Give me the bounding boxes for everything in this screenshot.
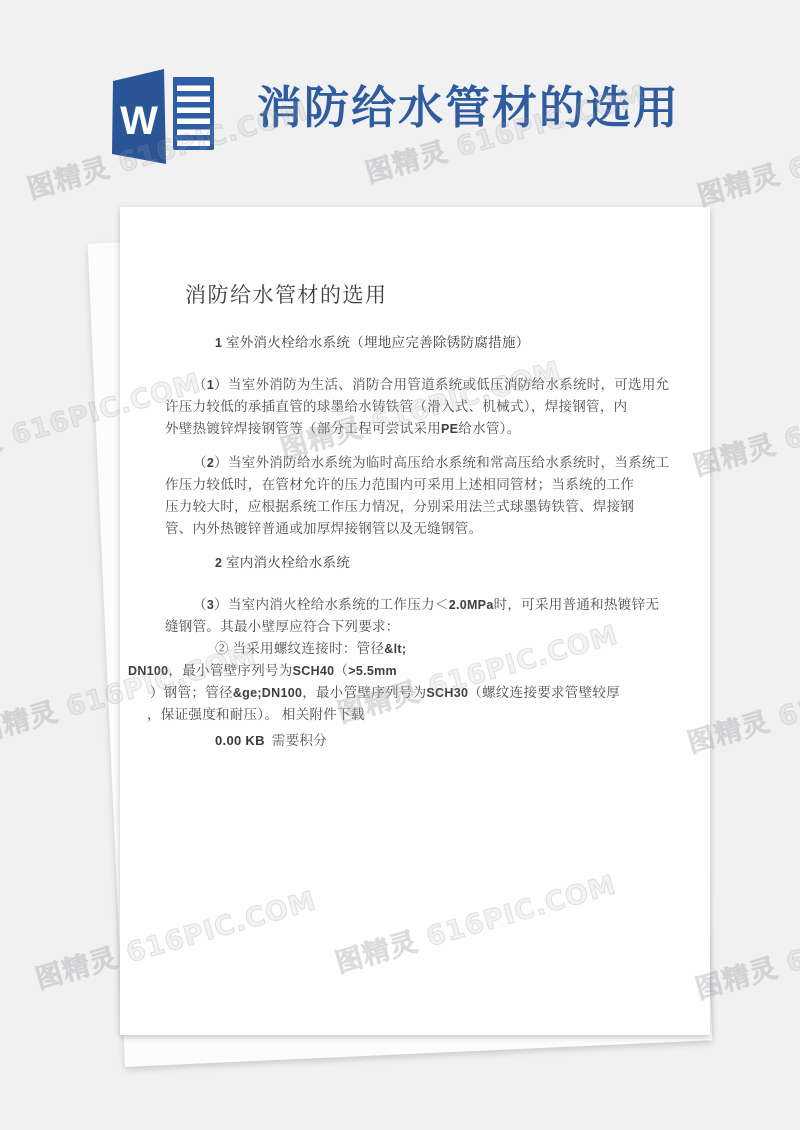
doc-section-heading: 1 室外消火栓给水系统（埋地应完善除锈防腐措施） bbox=[215, 332, 672, 354]
attachment-note: 需要积分 bbox=[272, 733, 327, 748]
doc-paragraph-line: 缝钢管。其最小壁厚应符合下列要求： bbox=[165, 616, 672, 638]
attachment-size: 0.00 KB bbox=[215, 733, 265, 748]
doc-subitem-line: DN100，最小管壁序列号为SCH40（>5.5mm bbox=[128, 660, 672, 682]
doc-subitem-line: ② 当采用螺纹连接时：管径&lt; bbox=[215, 638, 672, 660]
word-icon: W bbox=[112, 60, 228, 170]
doc-paragraph: （1）当室外消防为生活、消防合用管道系统或低压消防给水系统时，可选用允许压力较低… bbox=[165, 374, 672, 440]
preview-stage: W 消防给水管材的选用 消防给水管材的选用 1 室外消火栓给水系统（埋地应完善除… bbox=[0, 0, 800, 1130]
doc-subitem: ② 当采用螺纹连接时：管径&lt;DN100，最小管壁序列号为SCH40（>5.… bbox=[165, 638, 672, 726]
doc-paragraph-line: （2）当室外消防给水系统为临时高压给水系统和常高压给水系统时，当系统工 bbox=[193, 452, 672, 474]
word-icon-letter: W bbox=[120, 99, 158, 143]
doc-paragraph-line: （1）当室外消防为生活、消防合用管道系统或低压消防给水系统时，可选用允 bbox=[193, 374, 672, 396]
doc-paragraph-line: 压力较大时，应根据系统工作压力情况，分别采用法兰式球墨铸铁管、焊接钢 bbox=[165, 496, 672, 518]
doc-paragraph-line: 许压力较低的承插直管的球墨给水铸铁管（滑入式、机械式），焊接钢管，内 bbox=[165, 396, 672, 418]
doc-paragraph-line: 管、内外热镀锌普通或加厚焊接钢管以及无缝钢管。 bbox=[165, 518, 672, 540]
document-heading: 消防给水管材的选用 bbox=[185, 285, 672, 306]
doc-paragraph: （2）当室外消防给水系统为临时高压给水系统和常高压给水系统时，当系统工作压力较低… bbox=[165, 452, 672, 540]
doc-subitem-line: ）钢管；管径&ge;DN100，最小管壁序列号为SCH30（螺纹连接要求管壁较厚 bbox=[150, 682, 672, 704]
attachment-info: 0.00 KB需要积分 bbox=[215, 730, 672, 752]
doc-paragraph: （3）当室内消火栓给水系统的工作压力＜2.0MPa时，可采用普通和热镀锌无缝钢管… bbox=[165, 594, 672, 638]
page-title: 消防给水管材的选用 bbox=[257, 82, 680, 134]
doc-section-heading: 2 室内消火栓给水系统 bbox=[215, 552, 672, 574]
doc-paragraph-line: 外壁热镀锌焊接钢管等（部分工程可尝试采用PE给水管）。 bbox=[165, 418, 672, 440]
doc-paragraph-line: （3）当室内消火栓给水系统的工作压力＜2.0MPa时，可采用普通和热镀锌无 bbox=[193, 594, 672, 616]
document-body: 1 室外消火栓给水系统（埋地应完善除锈防腐措施）（1）当室外消防为生活、消防合用… bbox=[165, 332, 672, 752]
watermark-text: 图精灵 616PIC.COM bbox=[692, 96, 800, 214]
doc-paragraph-line: 作压力较低时，在管材允许的压力范围内可采用上述相同管材；当系统的工作 bbox=[165, 474, 672, 496]
document-page: 消防给水管材的选用 1 室外消火栓给水系统（埋地应完善除锈防腐措施）（1）当室外… bbox=[120, 207, 710, 1035]
doc-subitem-line: ，保证强度和耐压）。 相关附件下载 bbox=[147, 704, 672, 726]
